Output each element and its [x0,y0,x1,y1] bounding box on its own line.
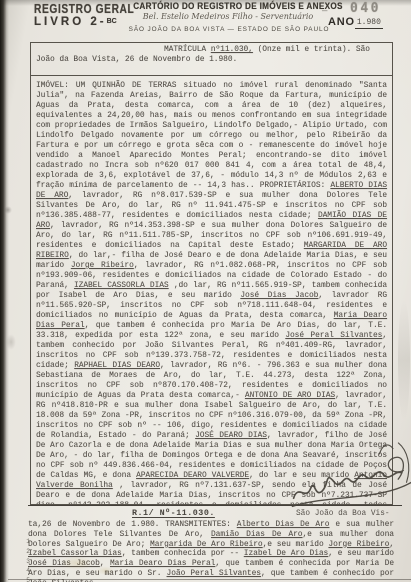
livro-suffix: BC [107,18,117,25]
year-label: ANO [328,16,355,28]
property-record-text: IMÓVEL: UM QUINHÃO DE TERRAS situado no … [36,81,387,505]
registro-text: ta,26 de Novembro de 1.980. TRANSMITENTE… [28,521,394,582]
scanned-registry-page: REGISTRO GERAL LIVRO 2-BC CARTÓRIO DO RE… [0,0,411,582]
scan-edge-shadow [0,0,9,582]
officer-script-line: Bel. Estelio Medeiros Filho - Serventuár… [118,12,338,21]
location-line: SÃO JOÃO DA BOA VISTA — ESTADO DE SÃO PA… [104,26,354,33]
paper-shadow-right [398,300,410,420]
margin-line-numbers: 1 2 3 4 5 [20,537,30,582]
line-number: 4 [20,566,30,576]
registro-title-right-text: São João da Boa Vis- [296,510,390,518]
line-number: 3 [20,557,30,567]
registro-title: R.1/ Nº-11.030. [132,508,215,518]
year-field: ANO1.980 [328,16,383,30]
registro-r1-section: R.1/ Nº-11.030. São João da Boa Vis- ta,… [28,505,402,582]
line-number: 1 [20,537,30,547]
matricula-text: MATRÍCULA nº11.030, (Onze mil e trinta).… [36,45,387,65]
page-number-stamp: 040 [350,1,381,16]
registro-title-row: R.1/ Nº-11.030. São João da Boa Vis- [28,508,402,520]
scan-bottom-edge [8,579,411,580]
matricula-header-box: MATRÍCULA nº11.030, (Onze mil e trinta).… [30,42,393,76]
pen-dash-mark: — [322,6,327,16]
line-number: 2 [20,547,30,557]
livro-number: LIVRO 2- [34,16,107,28]
year-value: 1.980 [355,18,383,29]
property-record-box: IMÓVEL: UM QUINHÃO DE TERRAS situado no … [30,76,393,505]
letterhead: REGISTRO GERAL LIVRO 2-BC CARTÓRIO DO RE… [0,0,411,40]
